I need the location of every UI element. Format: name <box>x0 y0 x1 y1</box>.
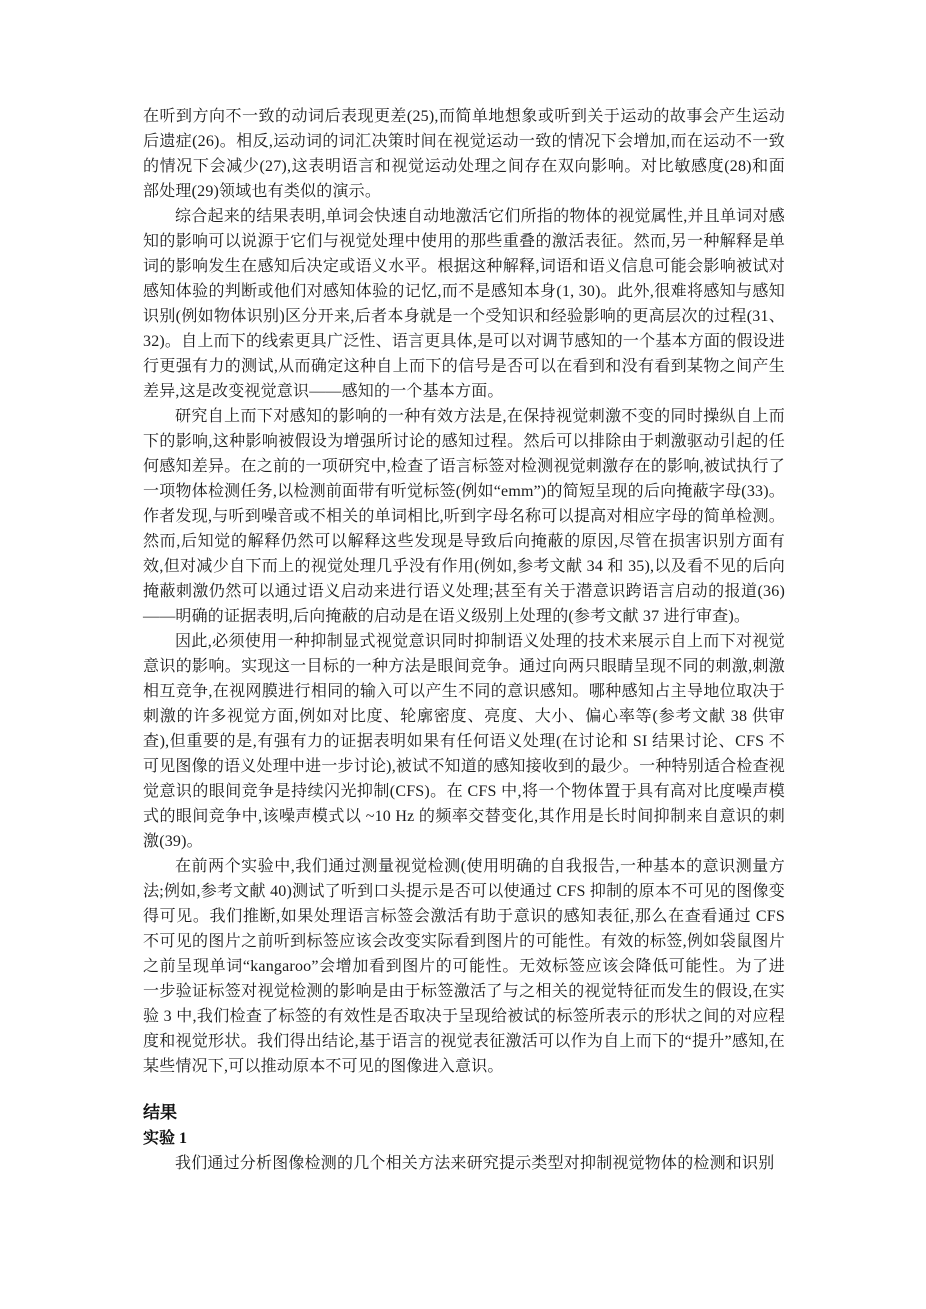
subsection-heading-experiment-1: 实验 1 <box>143 1126 785 1151</box>
section-heading-results: 结果 <box>143 1100 785 1126</box>
page-body: 在听到方向不一致的动词后表现更差(25),而简单地想象或听到关于运动的故事会产生… <box>143 104 785 1176</box>
body-paragraph: 在前两个实验中,我们通过测量视觉检测(使用明确的自我报告,一种基本的意识测量方法… <box>143 854 785 1079</box>
body-paragraph: 我们通过分析图像检测的几个相关方法来研究提示类型对抑制视觉物体的检测和识别 <box>143 1151 785 1176</box>
body-paragraph: 综合起来的结果表明,单词会快速自动地激活它们所指的物体的视觉属性,并且单词对感知… <box>143 204 785 404</box>
body-paragraph: 因此,必须使用一种抑制显式视觉意识同时抑制语义处理的技术来展示自上而下对视觉意识… <box>143 629 785 854</box>
body-paragraph-continuation: 在听到方向不一致的动词后表现更差(25),而简单地想象或听到关于运动的故事会产生… <box>143 104 785 204</box>
body-paragraph: 研究自上而下对感知的影响的一种有效方法是,在保持视觉刺激不变的同时操纵自上而下的… <box>143 404 785 629</box>
document-page: 在听到方向不一致的动词后表现更差(25),而简单地想象或听到关于运动的故事会产生… <box>0 0 926 1309</box>
